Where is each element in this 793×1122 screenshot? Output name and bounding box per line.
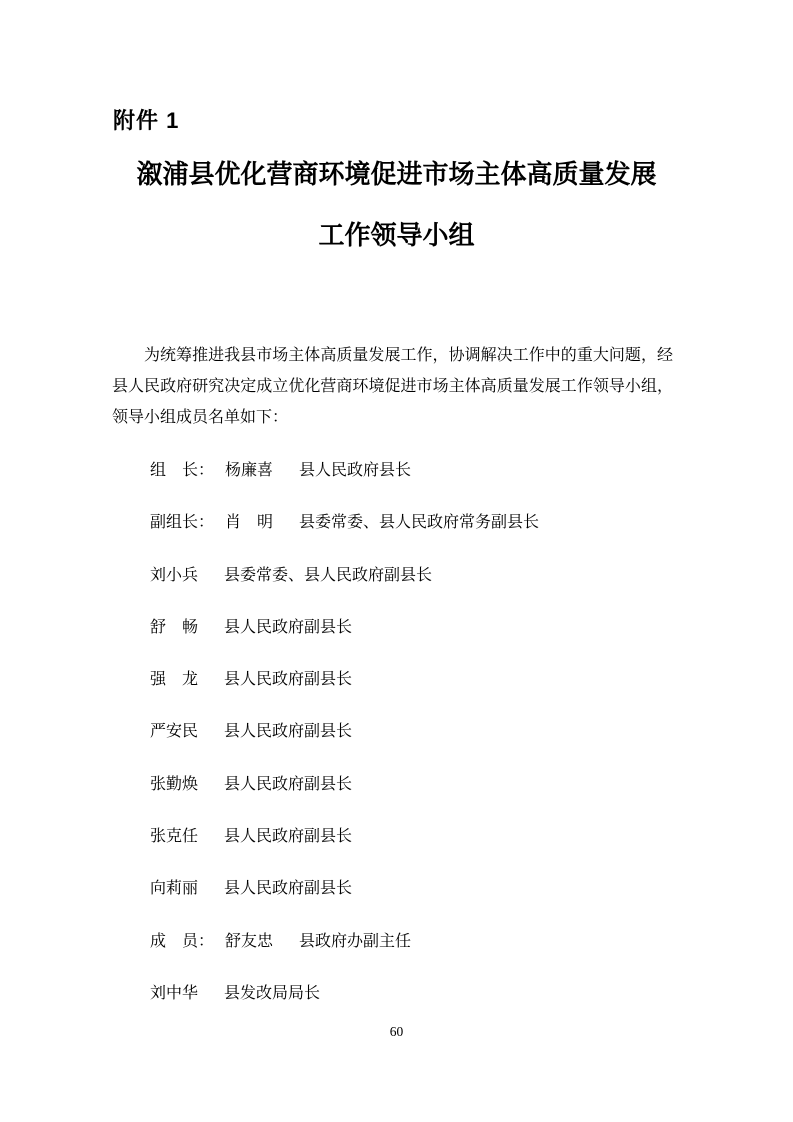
member-title: 县人民政府县长 [299,461,411,481]
member-title: 县人民政府副县长 [224,827,352,847]
member-title: 县人民政府副县长 [224,879,352,899]
member-title: 县人民政府副县长 [224,670,352,690]
member-row: 张勤焕 县人民政府副县长 [150,775,539,827]
member-row: 副组长： 肖 明 县委常委、县人民政府常务副县长 [150,513,539,565]
member-name: 杨廉喜 [225,461,273,481]
member-name: 舒 畅 [150,618,198,638]
member-role-label: 成 员： [150,932,214,952]
member-row: 成 员： 舒友忠 县政府办副主任 [150,932,539,984]
member-title: 县政府办副主任 [299,932,411,952]
member-title: 县委常委、县人民政府副县长 [224,566,432,586]
document-title-line-1: 溆浦县优化营商环境促进市场主体高质量发展 [0,159,793,190]
member-name: 张克任 [150,827,198,847]
member-name: 严安民 [150,722,198,742]
member-role-label: 副组长： [150,513,214,533]
member-row: 张克任 县人民政府副县长 [150,827,539,879]
member-name: 刘中华 [150,984,198,1004]
member-role-label: 组 长： [150,461,214,481]
member-name: 刘小兵 [150,566,198,586]
page-number: 60 [0,1024,793,1040]
member-row: 强 龙 县人民政府副县长 [150,670,539,722]
member-row: 刘小兵 县委常委、县人民政府副县长 [150,566,539,618]
member-name: 肖 明 [225,513,273,533]
member-row: 组 长： 杨廉喜 县人民政府县长 [150,461,539,513]
member-name: 向莉丽 [150,879,198,899]
member-row: 向莉丽 县人民政府副县长 [150,879,539,931]
intro-paragraph: 为统筹推进我县市场主体高质量发展工作，协调解决工作中的重大问题，经县人民政府研究… [112,340,673,433]
members-list: 组 长： 杨廉喜 县人民政府县长 副组长： 肖 明 县委常委、县人民政府常务副县… [150,461,539,1036]
member-row: 严安民 县人民政府副县长 [150,722,539,774]
member-name: 舒友忠 [225,932,273,952]
member-title: 县发改局局长 [224,984,320,1004]
member-title: 县人民政府副县长 [224,618,352,638]
document-page: 附件 1 溆浦县优化营商环境促进市场主体高质量发展 工作领导小组 为统筹推进我县… [0,0,793,1122]
member-row: 舒 畅 县人民政府副县长 [150,618,539,670]
attachment-label: 附件 1 [113,104,179,135]
member-title: 县人民政府副县长 [224,722,352,742]
member-title: 县委常委、县人民政府常务副县长 [299,513,539,533]
member-title: 县人民政府副县长 [224,775,352,795]
document-title-line-2: 工作领导小组 [0,220,793,251]
member-name: 强 龙 [150,670,198,690]
member-name: 张勤焕 [150,775,198,795]
